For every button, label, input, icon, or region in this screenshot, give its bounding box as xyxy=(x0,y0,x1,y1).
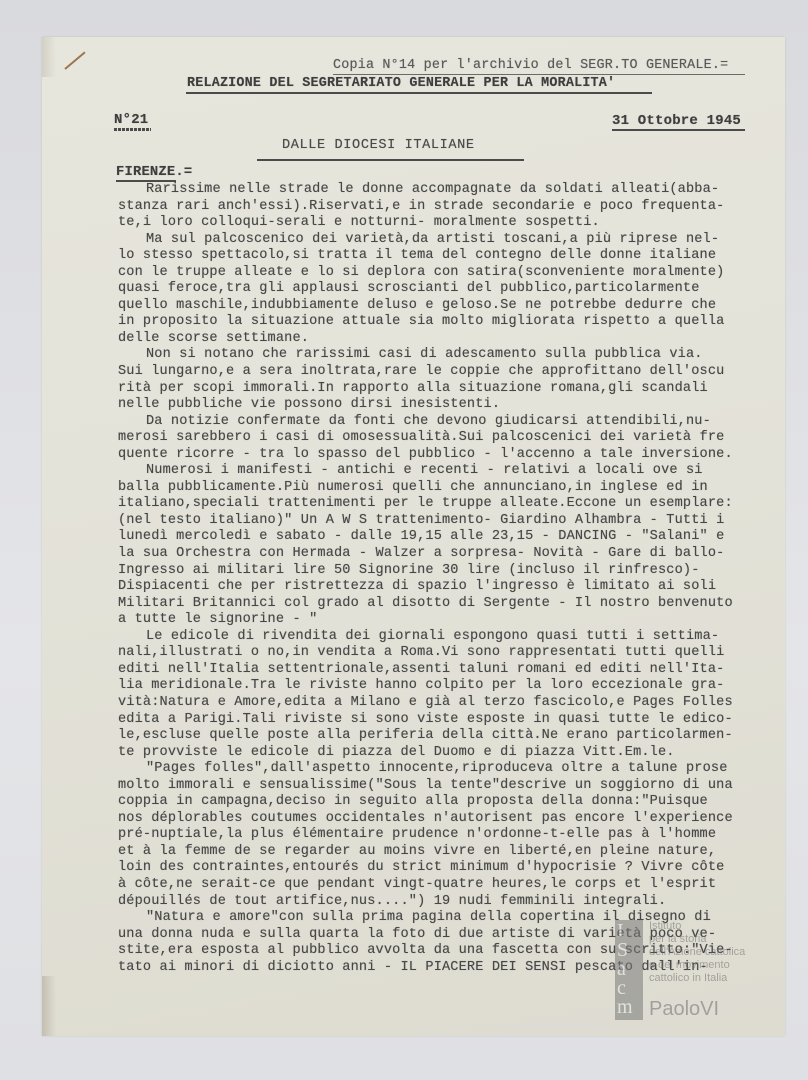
text-line: Le edicole di rivendita dei giornali esp… xyxy=(118,629,768,646)
text-line: Ingresso ai militari lire 50 Signorine 3… xyxy=(118,563,768,580)
text-line: quello maschile,indubbiamente deluso e g… xyxy=(118,298,768,315)
text-line: Ma sul palcoscenico dei varietà,da artis… xyxy=(118,232,768,249)
text-line: quente ricorre - tra lo spasso del pubbl… xyxy=(118,447,768,464)
text-line: Militari Britannici col grado al disotto… xyxy=(118,596,768,613)
text-line: Da notizie confermate da fonti che devon… xyxy=(118,414,768,431)
text-line: rità per scopi immorali.In rapporto alla… xyxy=(118,381,768,398)
text-line: et à la femme de se regarder au moins vi… xyxy=(118,844,768,861)
text-line: delle scorse settimane. xyxy=(118,331,768,348)
text-line: lunedì mercoledì e sabato - dalle 19,15 … xyxy=(118,529,768,546)
report-date: 31 Ottobre 1945 xyxy=(612,113,741,129)
copy-note: Copia N°14 per l'archivio del SEGR.TO GE… xyxy=(333,58,728,74)
report-title: RELAZIONE DEL SEGRETARIATO GENERALE PER … xyxy=(187,76,615,92)
issue-number-underline xyxy=(114,128,151,131)
text-line: Rarissime nelle strade le donne accompag… xyxy=(118,182,768,199)
text-line: vità:Natura e Amore,edita a Milano e già… xyxy=(118,695,768,712)
watermark-name: PaoloVI xyxy=(649,998,719,1021)
text-line: nali,illustrati o no,in vendita a Roma.V… xyxy=(118,645,768,662)
watermark-line: Istituto xyxy=(649,920,769,933)
text-line: le,escluse quelle poste alla periferia d… xyxy=(118,728,768,745)
page-curl-bottom-left xyxy=(42,976,56,1036)
text-line: coppia in campagna,deciso in seguito all… xyxy=(118,794,768,811)
watermark-letter: m xyxy=(617,998,643,1017)
text-line: te,i loro colloqui-serali e notturni- mo… xyxy=(118,215,768,232)
text-line: pré-nuptiale,la plus élémentaire prudenc… xyxy=(118,827,768,844)
report-date-underline xyxy=(612,129,745,131)
text-line: quasi feroce,tra gli applausi scrosciant… xyxy=(118,281,768,298)
text-line: te provviste le edicole di piazza del Du… xyxy=(118,745,768,762)
section-heading: DALLE DIOCESI ITALIANE xyxy=(282,138,475,154)
text-line: stanza rari anch'essi).Riservati,e in st… xyxy=(118,199,768,216)
text-line: balla pubblicamente.Più numerosi quelli … xyxy=(118,480,768,497)
section-heading-underline xyxy=(257,159,524,161)
text-line: in proposito la situazione attuale sia m… xyxy=(118,314,768,331)
report-title-underline xyxy=(186,92,652,94)
text-line: Numerosi i manifesti - antichi e recenti… xyxy=(118,463,768,480)
text-line: lia meridionale.Tra le riviste hanno col… xyxy=(118,678,768,695)
city-heading: FIRENZE.= xyxy=(116,165,192,181)
text-line: italiano,speciali trattenimenti per le t… xyxy=(118,496,768,513)
watermark-logo-block: I S a c m xyxy=(615,920,643,1020)
text-line: lo stesso spettacolo,si tratta il tema d… xyxy=(118,248,768,265)
copy-note-underline xyxy=(333,74,745,75)
watermark-institute-text: Istituto per la storia dell'Azione catto… xyxy=(649,920,769,985)
text-line: (nel testo italiano)" Un A W S trattenim… xyxy=(118,513,768,530)
text-line: merosi sarebbero i casi di omosessualità… xyxy=(118,430,768,447)
text-line: molto immorali e sensualissime("Sous la … xyxy=(118,778,768,795)
text-line: edita a Parigi.Tali riviste si sono vist… xyxy=(118,712,768,729)
text-line: la sua Orchestra con Hermada - Walzer a … xyxy=(118,546,768,563)
text-line: à côte,ne serait-ce que pendant vingt-qu… xyxy=(118,877,768,894)
text-line: a tutte le signorine - " xyxy=(118,612,768,629)
archive-watermark: I S a c m Istituto per la storia dell'Az… xyxy=(615,920,765,1020)
watermark-line: dell'Azione cattolica xyxy=(649,946,769,959)
watermark-line: cattolico in Italia xyxy=(649,972,769,985)
report-body: Rarissime nelle strade le donne accompag… xyxy=(118,182,768,976)
text-line: Dispiacenti che per ristrettezza di spaz… xyxy=(118,579,768,596)
watermark-line: e del movimento xyxy=(649,959,769,972)
watermark-logo-letters: I S a c m xyxy=(617,922,643,1017)
text-line: nos déplorables coutumes occidentales n'… xyxy=(118,811,768,828)
text-line: Non si notano che rarissimi casi di ades… xyxy=(118,347,768,364)
text-line: con le truppe alleate e lo si deplora co… xyxy=(118,265,768,282)
issue-number: N°21 xyxy=(114,112,148,128)
watermark-line: per la storia xyxy=(649,933,769,946)
text-line: Sui lungarno,e a sera inoltrata,rare le … xyxy=(118,364,768,381)
text-line: loin des contraintes,entourés du strict … xyxy=(118,860,768,877)
text-line: editi nell'Italia settentrionale,assenti… xyxy=(118,662,768,679)
text-line: nelle pubbliche vie possono dirsi inesis… xyxy=(118,397,768,414)
page-curl-top-left xyxy=(42,37,56,77)
text-line: dépouillés de tout artifice,nus....") 19… xyxy=(118,894,768,911)
text-line: "Pages folles",dall'aspetto innocente,ri… xyxy=(118,761,768,778)
